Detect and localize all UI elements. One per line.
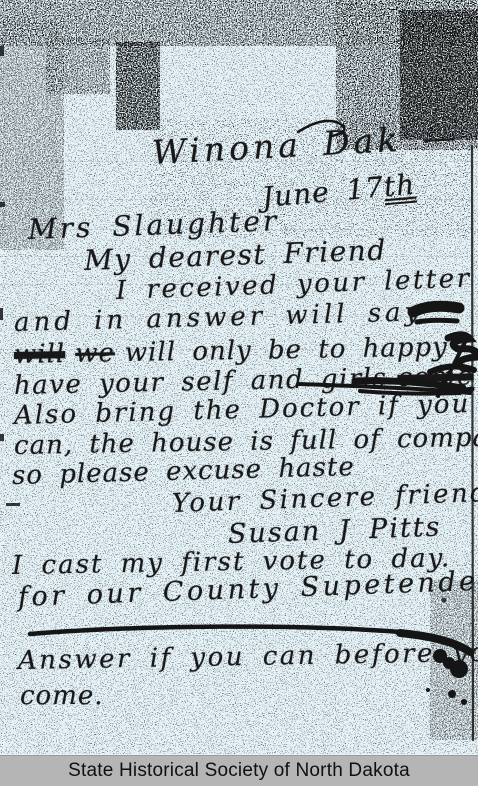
caption-bar: State Historical Society of North Dakota [0,755,478,786]
edge-mark [0,308,3,320]
date-line: June 17th [261,168,417,214]
date-ordinal: th [382,168,416,206]
scanned-letter-page: Winona Dak — June 17th Mrs Slaughter My … [0,0,478,786]
struck-word: we [75,338,115,369]
struck-word: will [14,339,66,370]
scan-line [0,68,58,69]
struck-word: come [397,361,474,393]
note-line-1: Answer if you can before you [18,637,478,676]
edge-mark [0,46,4,56]
body-line-answer: and in answer will say [14,297,424,338]
edge-mark [6,503,20,506]
edge-mark [0,202,5,207]
place-line: Winona Dak — [151,117,461,172]
note-line-2: come. [20,681,104,711]
caption-text: State Historical Society of North Dakota [68,760,410,782]
date-text: June 17 [261,170,386,214]
edge-mark [0,434,4,441]
